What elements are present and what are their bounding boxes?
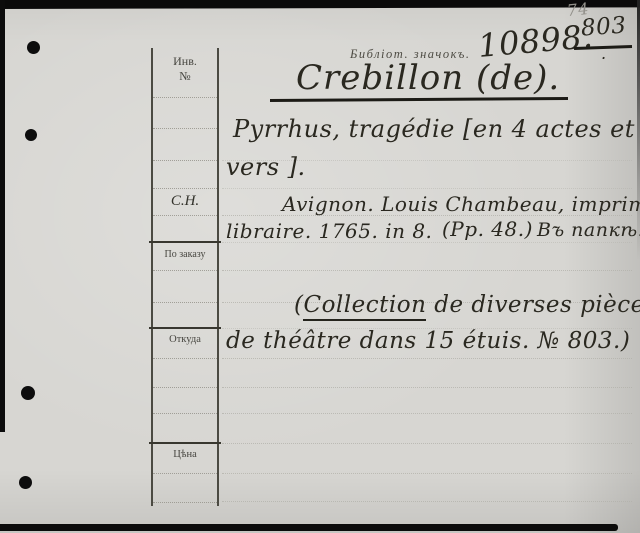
ruled-line <box>222 443 632 444</box>
column-divider <box>149 241 221 243</box>
scan-top-edge <box>0 0 640 9</box>
ruled-line <box>222 413 632 414</box>
ruled-line <box>153 387 217 388</box>
scan-left-edge <box>0 0 5 432</box>
collection-rest: de diverses pièces <box>426 292 640 318</box>
hole-punch <box>21 386 35 400</box>
ruled-line <box>153 502 217 503</box>
hole-punch <box>19 476 32 489</box>
ruled-line <box>153 160 217 161</box>
column-divider <box>149 442 221 444</box>
scan-bottom-edge <box>0 524 618 531</box>
title-line-1: Pyrrhus, tragédie [en 4 actes et en <box>233 115 640 143</box>
column-left-rule <box>151 48 153 506</box>
ruled-line <box>153 302 217 303</box>
ruled-line <box>153 215 217 216</box>
imprint-line-2: libraire. 1765. in 8. <box>226 219 432 243</box>
ruled-line <box>153 97 217 98</box>
ruled-line <box>153 413 217 414</box>
ruled-line <box>153 270 217 271</box>
shelf-number: 803 <box>580 12 627 41</box>
sn-label: С.Н. <box>152 193 218 210</box>
scanned-catalog-card: 74 Инв. № С.Н. По заказу Откуда Цѣна Биб… <box>0 0 640 533</box>
author-heading: Crebillon (de). <box>296 58 560 98</box>
ruled-line <box>153 358 217 359</box>
ruled-line <box>153 188 217 189</box>
imprint-binding-note: Въ папкѣ. <box>537 219 640 241</box>
imprint-pagination: (Pp. 48.) <box>442 217 533 241</box>
column-right-rule <box>217 48 219 506</box>
price-label: Цѣна <box>152 449 218 460</box>
ruled-line <box>222 501 632 502</box>
inventory-label-line2: № <box>152 69 218 84</box>
ruled-line <box>153 473 217 474</box>
shelf-number-dot: . <box>601 44 607 63</box>
ruled-line <box>153 128 217 129</box>
origin-label: Откуда <box>152 334 218 345</box>
hole-punch <box>27 41 40 54</box>
inventory-label-line1: Инв. <box>152 54 218 69</box>
ruled-line <box>222 358 632 359</box>
hole-punch <box>25 129 37 141</box>
collection-word-underlined: Collection <box>303 292 426 321</box>
imprint-line-1: Avignon. Louis Chambeau, imprimeur- <box>282 192 640 216</box>
collection-note-line-2: de théâtre dans 15 étuis. № 803.) <box>226 328 630 354</box>
ruled-line <box>222 188 632 189</box>
ruled-line <box>222 473 632 474</box>
ruled-line <box>222 270 632 271</box>
column-divider <box>149 327 221 329</box>
ruled-line <box>222 387 632 388</box>
title-line-2: vers ]. <box>226 153 306 181</box>
order-label: По заказу <box>152 249 218 260</box>
collection-note-line-1: (Collection de diverses pièces <box>294 292 640 318</box>
